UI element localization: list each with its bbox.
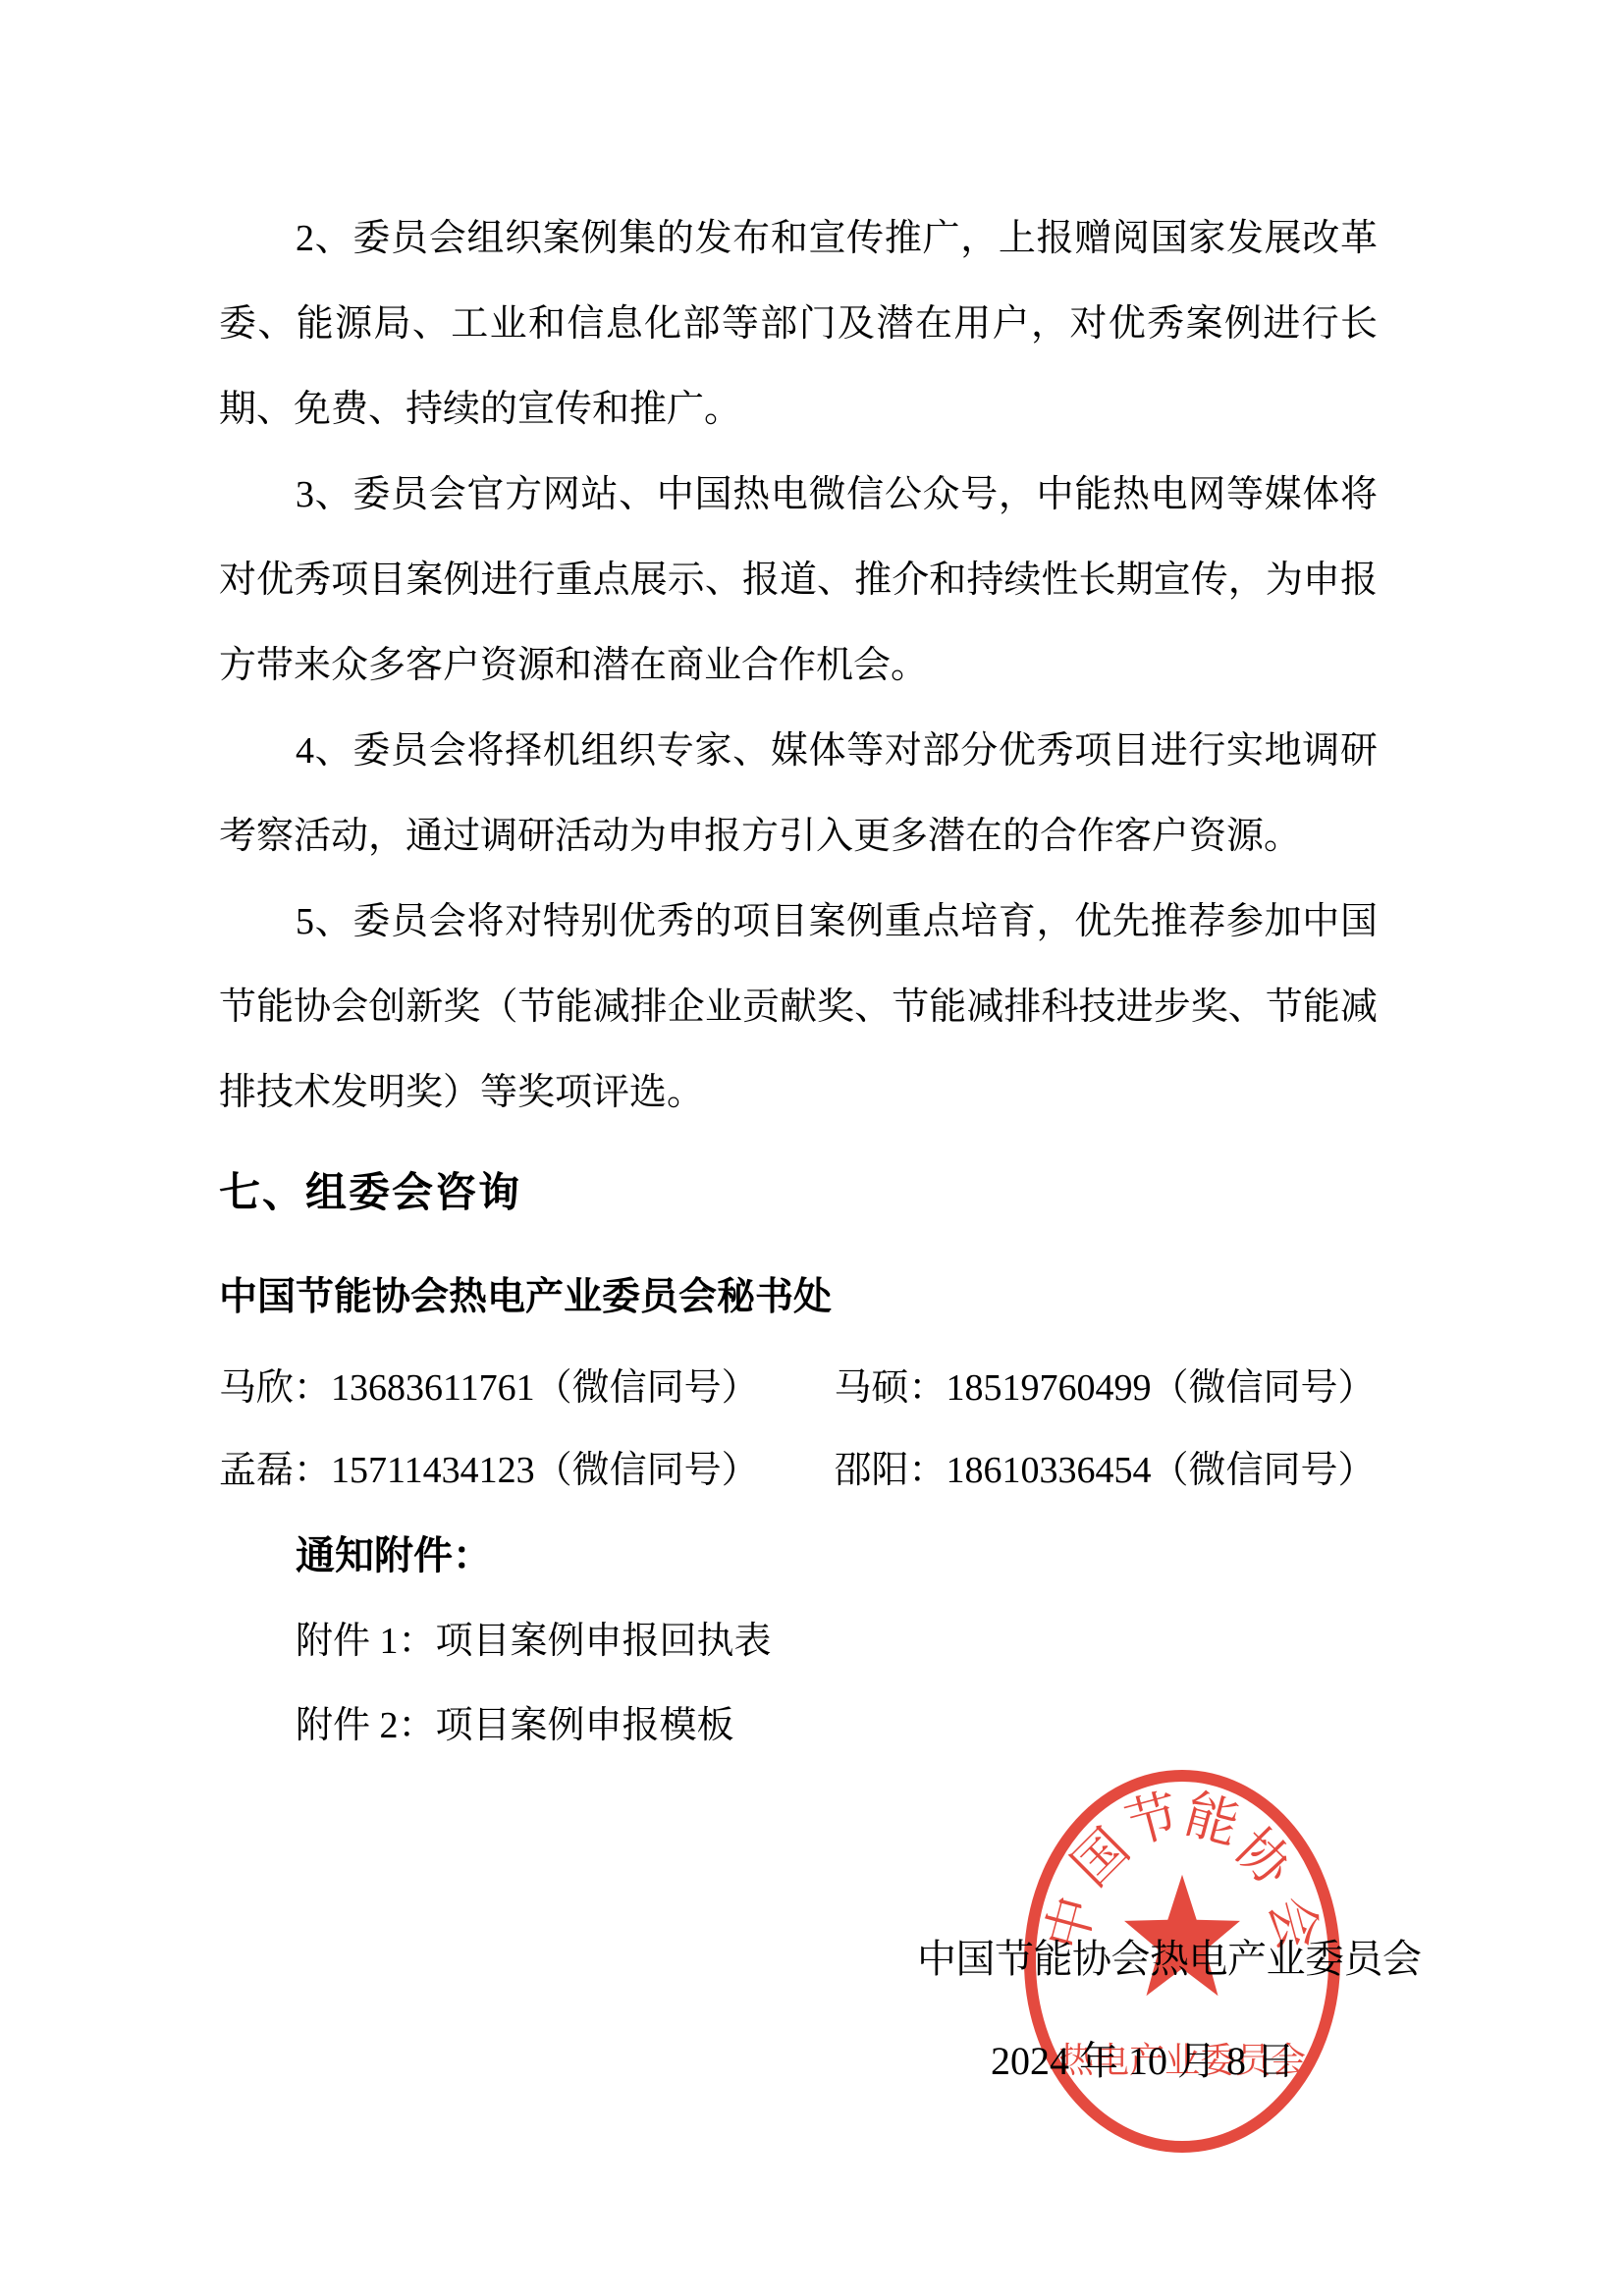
- body-text-block: 2、委员会组织案例集的发布和宣传推广，上报赠阅国家发展改革 委、能源局、工业和信…: [219, 196, 1378, 1136]
- paragraph-3-line-1: 3、委员会官方网站、中国热电微信公众号，中能热电网等媒体将: [219, 453, 1378, 538]
- paragraph-4-line-2: 考察活动，通过调研活动为申报方引入更多潜在的合作客户资源。: [219, 794, 1378, 880]
- attachments-heading: 通知附件：: [296, 1531, 492, 1580]
- contact-shao-yang: 邵阳：18610336454（微信同号）: [835, 1448, 1376, 1493]
- attachment-item-2: 附件 2：项目案例申报模板: [296, 1702, 734, 1749]
- attachment-item-1: 附件 1：项目案例申报回执表: [296, 1618, 772, 1665]
- contact-row-2: 孟磊：15711434123（微信同号） 邵阳：18610336454（微信同号…: [219, 1448, 1397, 1493]
- seal-star-icon: [1124, 1875, 1240, 1996]
- paragraph-2-line-1: 2、委员会组织案例集的发布和宣传推广，上报赠阅国家发展改革: [219, 196, 1378, 282]
- contact-ma-shuo: 马硕：18519760499（微信同号）: [835, 1365, 1376, 1411]
- paragraph-5-line-2: 节能协会创新奖（节能减排企业贡献奖、节能减排科技进步奖、节能减: [219, 965, 1378, 1050]
- seal-arc-char: 能: [1178, 1785, 1245, 1855]
- seal-arc-char: 中: [1036, 1891, 1107, 1957]
- seal-arc-char: 会: [1258, 1891, 1328, 1957]
- paragraph-3-line-3: 方带来众多客户资源和潜在商业合作机会。: [219, 623, 1378, 709]
- paragraph-2-line-2: 委、能源局、工业和信息化部等部门及潜在用户，对优秀案例进行长: [219, 282, 1378, 367]
- seal-bottom-text: 热电产业委员会: [1058, 2041, 1306, 2080]
- contact-ma-xin: 马欣：13683611761（微信同号）: [219, 1365, 825, 1411]
- section-heading: 七、组委会咨询: [219, 1167, 521, 1218]
- official-seal: 中 国 节 能 协 会 热电产业委员会: [1022, 1767, 1342, 2156]
- paragraph-4-line-1: 4、委员会将择机组织专家、媒体等对部分优秀项目进行实地调研: [219, 709, 1378, 794]
- secretariat-title: 中国节能协会热电产业委员会秘书处: [219, 1273, 832, 1322]
- paragraph-2-line-3: 期、免费、持续的宣传和推广。: [219, 367, 1378, 453]
- paragraph-3-line-2: 对优秀项目案例进行重点展示、报道、推介和持续性长期宣传，为申报: [219, 538, 1378, 623]
- paragraph-5-line-3: 排技术发明奖）等奖项评选。: [219, 1050, 1378, 1136]
- contact-row-1: 马欣：13683611761（微信同号） 马硕：18519760499（微信同号…: [219, 1365, 1397, 1411]
- contact-meng-lei: 孟磊：15711434123（微信同号）: [219, 1448, 825, 1493]
- document-page: 2、委员会组织案例集的发布和宣传推广，上报赠阅国家发展改革 委、能源局、工业和信…: [0, 0, 1624, 2296]
- seal-arc-char: 节: [1119, 1785, 1186, 1855]
- paragraph-5-line-1: 5、委员会将对特别优秀的项目案例重点培育，优先推荐参加中国: [219, 880, 1378, 965]
